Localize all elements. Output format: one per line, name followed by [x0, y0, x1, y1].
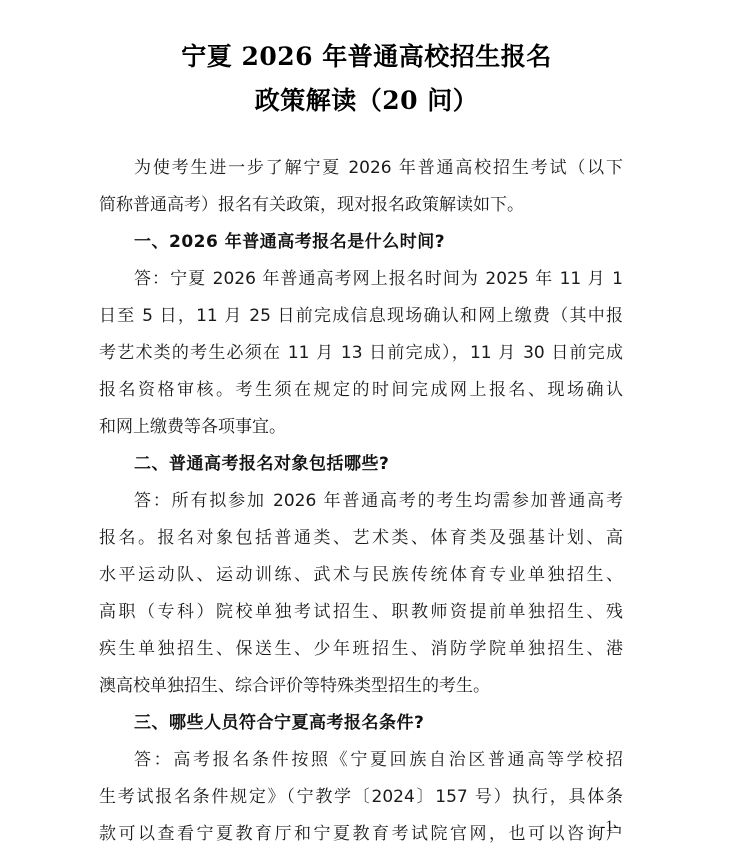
section-1-answer-line: 和网上缴费等各项事宜。	[99, 409, 623, 446]
intro-line-2: 简称普通高考）报名有关政策，现对报名政策解读如下。	[99, 187, 623, 224]
page-number: -1-	[600, 818, 619, 836]
section-2-answer-line: 疾生单独招生、保送生、少年班招生、消防学院单独招生、港	[99, 631, 623, 668]
section-3-answer-line: 答：高考报名条件按照《宁夏回族自治区普通高等学校招	[134, 742, 623, 779]
section-3-answer-line: 生考试报名条件规定》（宁教学〔2024〕157 号）执行，具体条	[99, 779, 623, 816]
section-3-answer-line: 款可以查看宁夏教育厅和宁夏教育考试院官网，也可以咨询户	[99, 816, 623, 853]
section-2-answer-line: 高职（专科）院校单独考试招生、职教师资提前单独招生、残	[99, 594, 623, 631]
section-1-answer-line: 日至 5 日，11 月 25 日前完成信息现场确认和网上缴费（其中报	[99, 298, 623, 335]
document-title-line-1: 宁夏 2026 年普通高校招生报名	[0, 42, 733, 72]
document-page: 宁夏 2026 年普通高校招生报名 政策解读（20 问） 为使考生进一步了解宁夏…	[0, 0, 733, 855]
section-1-answer-line: 考艺术类的考生必须在 11 月 13 日前完成），11 月 30 日前完成	[99, 335, 623, 372]
intro-line-1: 为使考生进一步了解宁夏 2026 年普通高校招生考试（以下	[134, 150, 623, 187]
document-title-line-2: 政策解读（20 问）	[0, 86, 733, 116]
section-2-answer-line: 水平运动队、运动训练、武术与民族传统体育专业单独招生、	[99, 557, 623, 594]
section-3-heading: 三、哪些人员符合宁夏高考报名条件?	[134, 705, 623, 742]
section-2-answer-line: 澳高校单独招生、综合评价等特殊类型招生的考生。	[99, 668, 623, 705]
section-1-answer-line: 报名资格审核。考生须在规定的时间完成网上报名、现场确认	[99, 372, 623, 409]
section-1-heading: 一、2026 年普通高考报名是什么时间?	[134, 224, 623, 261]
section-1-answer-line: 答：宁夏 2026 年普通高考网上报名时间为 2025 年 11 月 1	[134, 261, 623, 298]
section-2-answer-line: 报名。报名对象包括普通类、艺术类、体育类及强基计划、高	[99, 520, 623, 557]
section-2-answer-line: 答：所有拟参加 2026 年普通高考的考生均需参加普通高考	[134, 483, 623, 520]
section-2-heading: 二、普通高考报名对象包括哪些?	[134, 446, 623, 483]
